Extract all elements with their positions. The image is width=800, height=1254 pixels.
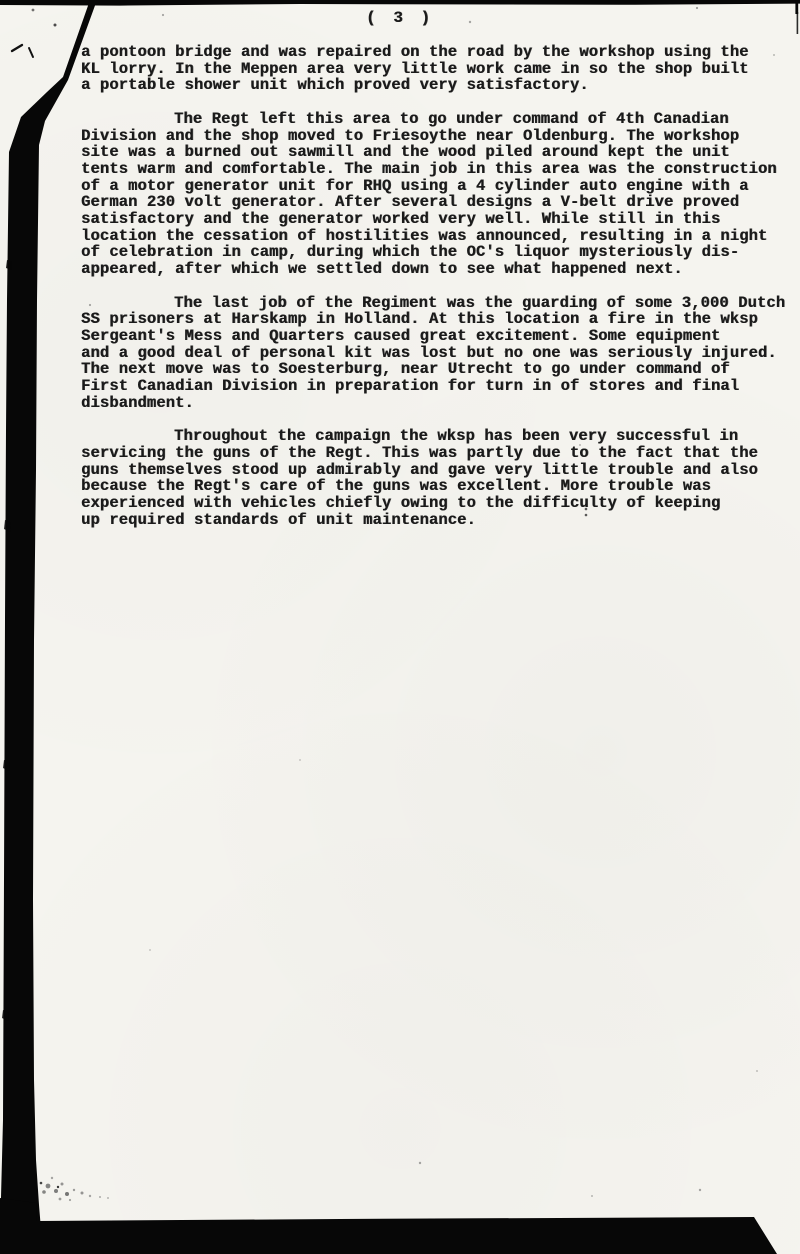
scan-left-nub: [4, 520, 11, 532]
text-line: of celebration in camp, during which the…: [81, 244, 793, 261]
document-page: ( 3 ) a pontoon bridge and was repaired …: [0, 0, 800, 1254]
scan-left-nub: [3, 760, 10, 771]
paragraph: a pontoon bridge and was repaired on the…: [81, 44, 793, 94]
text-line: First Canadian Division in preparation f…: [81, 378, 793, 395]
text-line: site was a burned out sawmill and the wo…: [81, 144, 793, 161]
stray-tick-mark: [29, 48, 33, 57]
document-body-text: a pontoon bridge and was repaired on the…: [81, 44, 793, 545]
scan-edge-top: [0, 0, 800, 6]
text-line: because the Regt's care of the guns was …: [81, 478, 793, 495]
text-line: Sergeant's Mess and Quarters caused grea…: [81, 328, 793, 345]
scan-left-nub: [2, 1010, 9, 1021]
text-line: up required standards of unit maintenanc…: [81, 512, 793, 529]
text-line: experienced with vehicles chiefly owing …: [81, 495, 793, 512]
text-line: The last job of the Regiment was the gua…: [81, 295, 793, 312]
text-line: a pontoon bridge and was repaired on the…: [81, 44, 793, 61]
text-line: tents warm and comfortable. The main job…: [81, 161, 793, 178]
text-line: disbandment.: [81, 395, 793, 412]
page-number: ( 3 ): [0, 9, 800, 27]
scan-left-nub: [6, 260, 12, 270]
smudge-cluster: [40, 1177, 109, 1201]
text-line: appeared, after which we settled down to…: [81, 261, 793, 278]
text-line: servicing the guns of the Regt. This was…: [81, 445, 793, 462]
scan-edge-bottom-band: [0, 1198, 777, 1254]
paragraph: The last job of the Regiment was the gua…: [81, 295, 793, 412]
paragraph: The Regt left this area to go under comm…: [81, 111, 793, 278]
text-line: Throughout the campaign the wksp has bee…: [81, 428, 793, 445]
text-line: KL lorry. In the Meppen area very little…: [81, 61, 793, 78]
stray-tick-mark: [12, 45, 22, 51]
text-line: Division and the shop moved to Friesoyth…: [81, 128, 793, 145]
text-line: German 230 volt generator. After several…: [81, 194, 793, 211]
text-line: guns themselves stood up admirably and g…: [81, 462, 793, 479]
text-line: location the cessation of hostilities wa…: [81, 228, 793, 245]
paragraph: Throughout the campaign the wksp has bee…: [81, 428, 793, 528]
text-line: a portable shower unit which proved very…: [81, 77, 793, 94]
text-line: SS prisoners at Harskamp in Holland. At …: [81, 311, 793, 328]
text-line: The Regt left this area to go under comm…: [81, 111, 793, 128]
text-line: The next move was to Soesterburg, near U…: [81, 361, 793, 378]
text-line: and a good deal of personal kit was lost…: [81, 345, 793, 362]
text-line: of a motor generator unit for RHQ using …: [81, 178, 793, 195]
text-line: satisfactory and the generator worked ve…: [81, 211, 793, 228]
